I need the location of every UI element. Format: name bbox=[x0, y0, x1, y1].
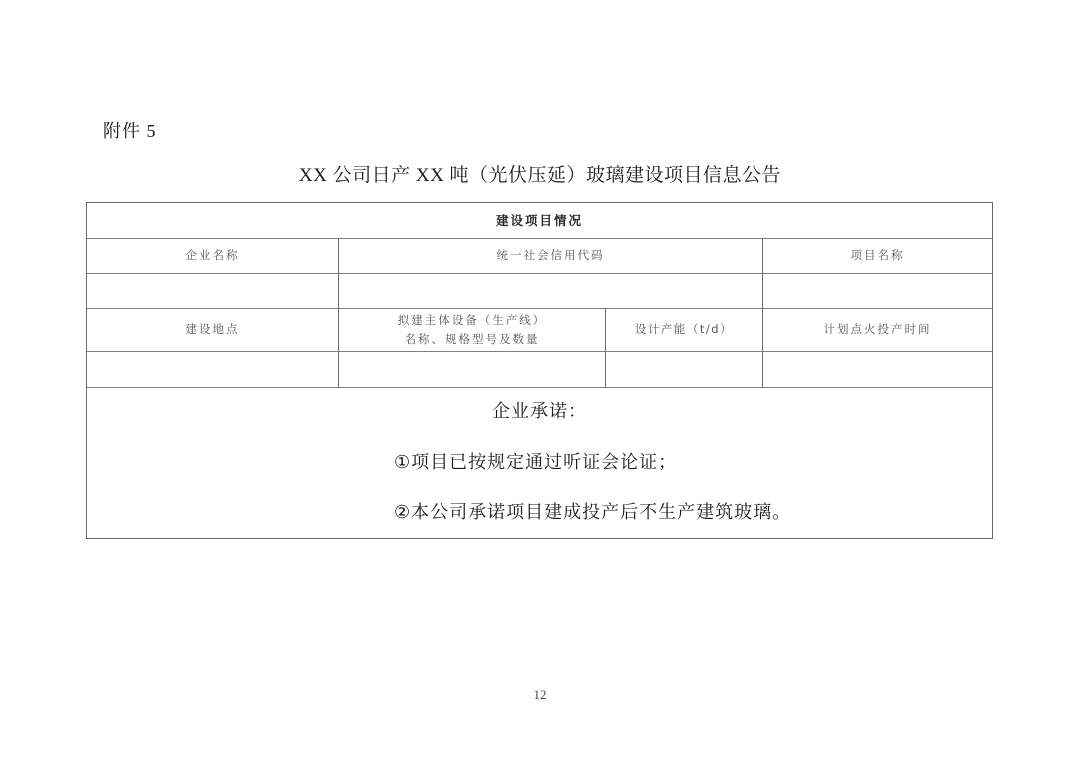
section-header: 建设项目情况 bbox=[87, 203, 992, 238]
value-construction-site[interactable] bbox=[87, 351, 338, 387]
annex-label: 附件 5 bbox=[103, 117, 157, 143]
header-ignition-time: 计划点火投产时间 bbox=[763, 308, 992, 351]
header-design-capacity: 设计产能（t/d） bbox=[606, 308, 762, 351]
header-enterprise-name: 企业名称 bbox=[87, 238, 338, 273]
document-title: XX 公司日产 XX 吨（光伏压延）玻璃建设项目信息公告 bbox=[0, 160, 1080, 187]
value-project-name[interactable] bbox=[763, 273, 992, 308]
header-credit-code: 统一社会信用代码 bbox=[339, 238, 762, 273]
page-number: 12 bbox=[0, 687, 1080, 703]
commitment-item-1: ①项目已按规定通过听证会论证； bbox=[394, 448, 677, 474]
header-main-equipment-line2: 名称、规格型号及数量 bbox=[405, 330, 540, 349]
project-info-table: 建设项目情况 企业名称 统一社会信用代码 项目名称 建设地点 拟建主体设备（生产… bbox=[86, 202, 993, 539]
header-construction-site: 建设地点 bbox=[87, 308, 338, 351]
value-credit-code[interactable] bbox=[339, 273, 762, 308]
commitment-title: 企业承诺： bbox=[87, 397, 992, 423]
value-enterprise-name[interactable] bbox=[87, 273, 338, 308]
value-design-capacity[interactable] bbox=[606, 351, 762, 387]
header-main-equipment-line1: 拟建主体设备（生产线） bbox=[398, 311, 547, 330]
value-main-equipment[interactable] bbox=[339, 351, 605, 387]
header-project-name: 项目名称 bbox=[763, 238, 992, 273]
value-ignition-time[interactable] bbox=[763, 351, 992, 387]
header-main-equipment: 拟建主体设备（生产线） 名称、规格型号及数量 bbox=[339, 308, 605, 351]
row-divider bbox=[87, 387, 992, 388]
commitment-item-2: ②本公司承诺项目建成投产后不生产建筑玻璃。 bbox=[394, 498, 791, 524]
